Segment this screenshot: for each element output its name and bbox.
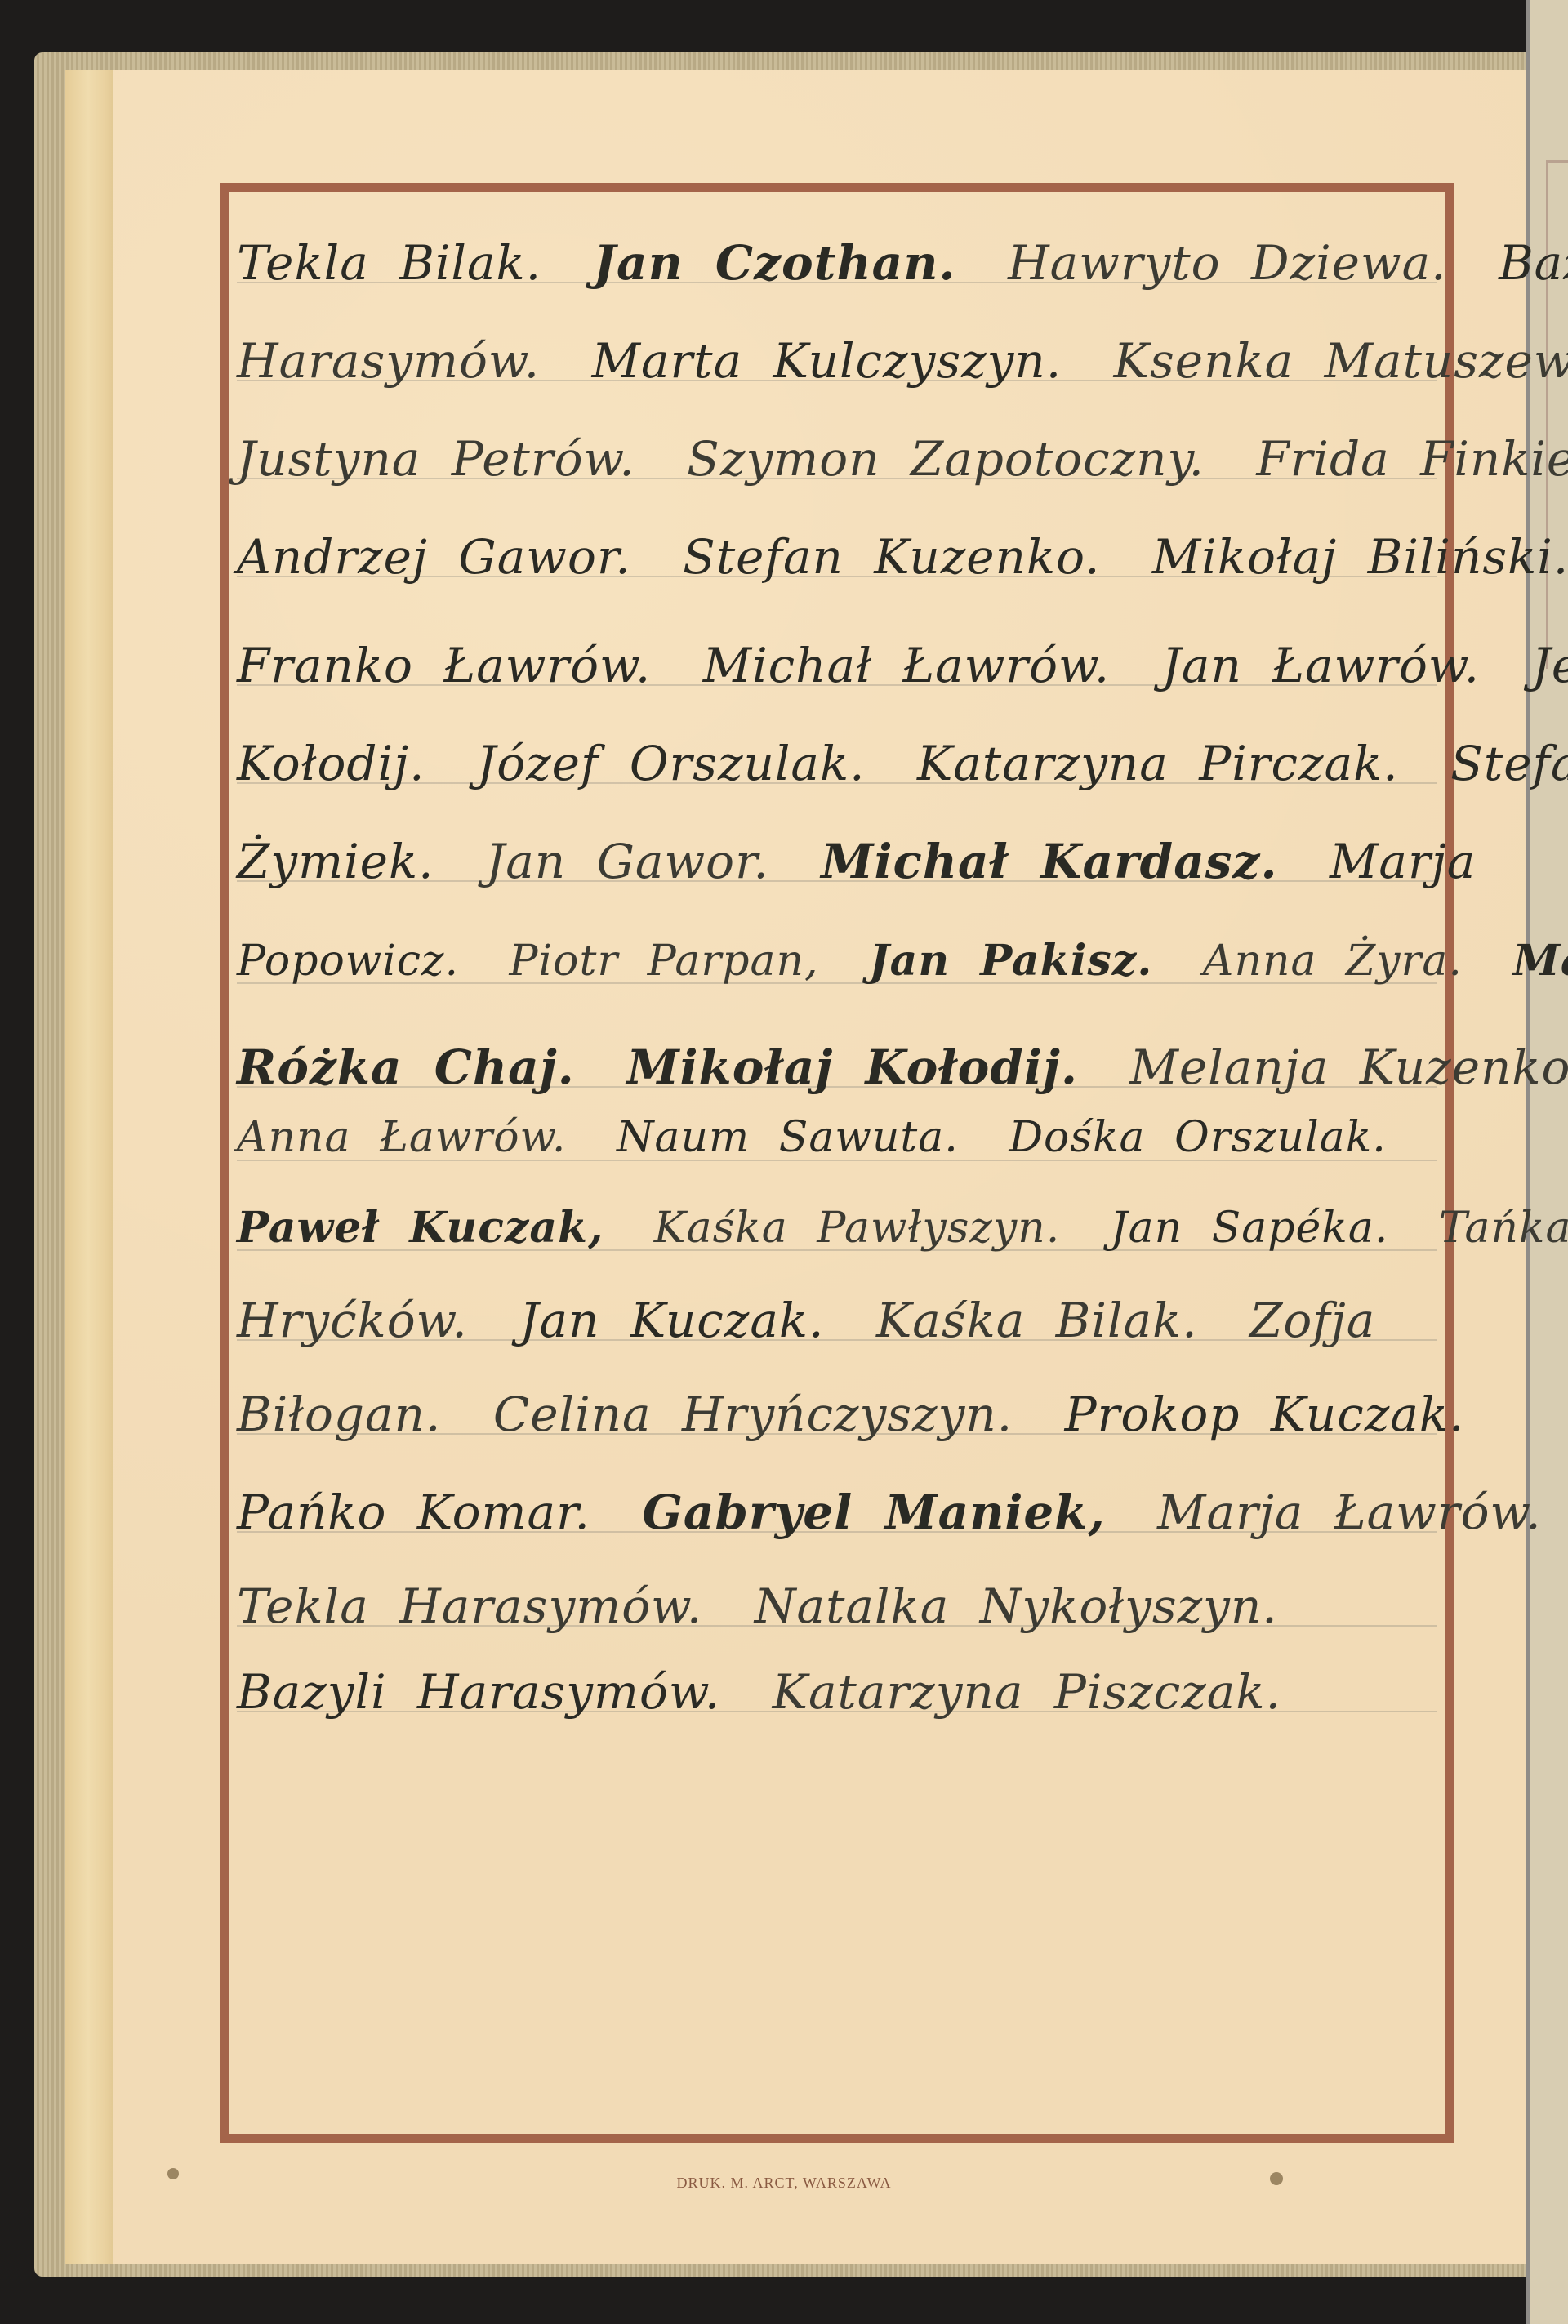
signature-line-13: Biłogan. Celina Hryńczyszyn. Prokop Kucz… xyxy=(237,1387,1437,1442)
signature: Szymon Zapotoczny. xyxy=(687,431,1205,487)
signature-line-5: Franko Ławrów. Michał Ławrów. Jan Ławrów… xyxy=(237,638,1437,693)
signature: Jan Kuczak. xyxy=(519,1293,824,1348)
signature: Żymiek. xyxy=(237,834,434,889)
signature: Franko Ławrów. xyxy=(237,638,651,693)
signature-line-8: Popowicz. Piotr Parpan, Jan Pakisz. Anna… xyxy=(237,936,1437,986)
signature: Majer Grünn xyxy=(1512,936,1568,986)
signature: Jan Pakisz. xyxy=(869,936,1152,986)
signature: Stefan Kuzenko. xyxy=(683,529,1100,585)
signature: Michał Kardasz. xyxy=(821,834,1277,889)
signature: Popowicz. xyxy=(237,937,459,986)
signature: Prokop Kuczak. xyxy=(1065,1387,1465,1442)
signature: Jerzy xyxy=(1532,638,1568,693)
signature: Katarzyna Pirczak. xyxy=(917,736,1399,791)
signature: Frida Finkiel xyxy=(1256,431,1568,487)
signature: Marja xyxy=(1330,834,1476,889)
signature: Bazyli Harasymów. xyxy=(237,1664,720,1720)
signature-line-1: Tekla Bilak. Jan Czothan. Hawryto Dziewa… xyxy=(237,235,1437,291)
signature: Kołodij. xyxy=(237,736,425,791)
signature: Melanja Kuzenko. xyxy=(1130,1040,1568,1095)
signature-line-6: Kołodij. Józef Orszulak. Katarzyna Pircz… xyxy=(237,736,1437,791)
signature-line-11: Paweł Kuczak, Kaśka Pawłyszyn. Jan Sapék… xyxy=(237,1203,1437,1253)
signature: Mikołaj Biliński. xyxy=(1152,529,1568,585)
signature: Gabryel Maniek, xyxy=(642,1485,1105,1540)
signature-line-14: Pańko Komar. Gabryel Maniek, Marja Ławró… xyxy=(237,1485,1437,1540)
signature: Mikołaj Kołodij. xyxy=(626,1040,1078,1095)
signature: Anna Żyra. xyxy=(1203,937,1463,986)
signature-line-10: Anna Ławrów. Naum Sawuta. Dośka Orszulak… xyxy=(237,1113,1437,1162)
signature: Bazyli xyxy=(1499,235,1568,291)
signature: Anna Ławrów. xyxy=(237,1113,566,1162)
signature: Różka Chaj. xyxy=(237,1040,575,1095)
signature: Hryćków. xyxy=(237,1293,468,1348)
signature: Marja Ławrów. xyxy=(1157,1485,1542,1540)
signature: Piotr Parpan, xyxy=(510,937,819,986)
signature: Paweł Kuczak, xyxy=(237,1203,604,1253)
signature: Marta Kulczyszyn. xyxy=(592,333,1062,389)
signature: Tekla Bilak. xyxy=(237,235,541,291)
signature: Michał Ławrów. xyxy=(703,638,1110,693)
signature: Józef Orszulak. xyxy=(477,736,866,791)
signature-line-3: Justyna Petrów. Szymon Zapotoczny. Frida… xyxy=(237,431,1437,487)
signature-line-2: Harasymów. Marta Kulczyszyn. Ksenka Matu… xyxy=(237,333,1437,389)
printer-imprint: DRUK. M. ARCT, WARSZAWA xyxy=(0,2175,1568,2192)
signature-line-12: Hryćków. Jan Kuczak. Kaśka Bilak. Zofja xyxy=(237,1293,1437,1348)
signature: Tańka xyxy=(1439,1204,1568,1253)
signature: Zofja xyxy=(1249,1293,1375,1348)
signature: Natalka Nykołyszyn. xyxy=(755,1578,1278,1634)
signature: Tekla Harasymów. xyxy=(237,1578,702,1634)
signature: Jan Ławrów. xyxy=(1162,638,1481,693)
signature: Biłogan. xyxy=(237,1387,441,1442)
signature: Kaśka Bilak. xyxy=(876,1293,1198,1348)
signature: Dośka Orszulak. xyxy=(1009,1113,1386,1162)
signature: Stefan xyxy=(1450,736,1568,791)
signature-line-7: Żymiek. Jan Gawor. Michał Kardasz. Marja xyxy=(237,834,1437,889)
signature: Harasymów. xyxy=(237,333,540,389)
signature: Jan Czothan. xyxy=(594,235,956,291)
signature: Hawryto Dziewa. xyxy=(1008,235,1447,291)
signature: Naum Sawuta. xyxy=(617,1113,959,1162)
signature: Andrzej Gawor. xyxy=(237,529,631,585)
signature: Jan Gawor. xyxy=(486,834,769,889)
signature-line-9: Różka Chaj. Mikołaj Kołodij. Melanja Kuz… xyxy=(237,1040,1437,1095)
signature: Celina Hryńczyszyn. xyxy=(493,1387,1013,1442)
signature: Justyna Petrów. xyxy=(237,431,635,487)
signature: Pańko Komar. xyxy=(237,1485,590,1540)
signature: Katarzyna Piszczak. xyxy=(773,1664,1281,1720)
signature-line-16: Bazyli Harasymów. Katarzyna Piszczak. xyxy=(237,1664,1437,1720)
signature-line-4: Andrzej Gawor. Stefan Kuzenko. Mikołaj B… xyxy=(237,529,1437,585)
signature-line-15: Tekla Harasymów. Natalka Nykołyszyn. xyxy=(237,1578,1437,1634)
signature: Ksenka Matuszewska. xyxy=(1114,333,1568,389)
signature: Kaśka Pawłyszyn. xyxy=(654,1204,1060,1253)
signature: Jan Sapéka. xyxy=(1111,1204,1389,1253)
